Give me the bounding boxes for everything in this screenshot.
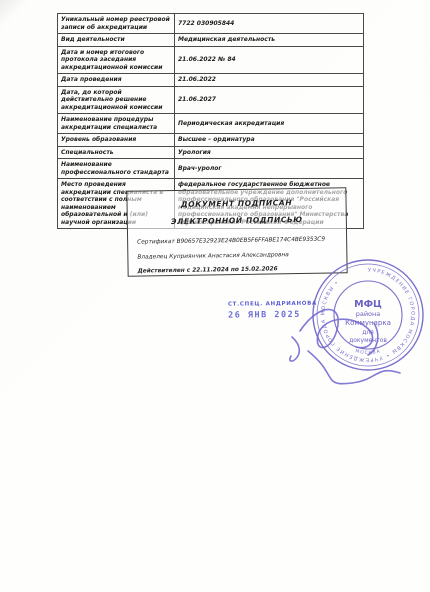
row-label: Уникальный номер реестровой записи об ак… bbox=[58, 14, 175, 34]
row-value: 21.06.2022 № 84 bbox=[175, 46, 364, 74]
row-label: Дата и номер итогового протокола заседан… bbox=[58, 46, 175, 74]
signature-title-line1: ДОКУМЕНТ ПОДПИСАН bbox=[127, 197, 345, 209]
row-label: Наименование профессионального стандарта bbox=[58, 159, 175, 179]
row-label: Специальность bbox=[58, 146, 175, 159]
clerk-stamp: СТ.СПЕЦ. АНДРИАНОВА 26 ЯНВ 2025 bbox=[228, 300, 348, 320]
row-value: Периодическая аккредитация bbox=[175, 114, 364, 134]
clerk-stamp-date: 26 ЯНВ 2025 bbox=[228, 309, 348, 320]
row-value: Урология bbox=[175, 146, 364, 159]
certificate-line: Сертификат B90657E32923E24B0EB5F6FFABE17… bbox=[137, 236, 340, 245]
table-row: Дата проведения 21.06.2022 bbox=[58, 74, 364, 87]
table-row: Уровень образования Высшее – ординатура bbox=[58, 134, 364, 147]
row-label: Уровень образования bbox=[58, 134, 175, 147]
row-label: Дата, до которой действительно решение а… bbox=[58, 86, 175, 114]
table-row: Дата, до которой действительно решение а… bbox=[58, 86, 364, 114]
table-row: Специальность Урология bbox=[58, 146, 364, 159]
signature-title-line2: ЭЛЕКТРОННОЙ ПОДПИСЬЮ bbox=[128, 214, 346, 226]
row-value: Врач-уролог bbox=[175, 159, 364, 179]
row-value: 21.06.2027 bbox=[175, 86, 364, 114]
table-row: Наименование профессионального стандарта… bbox=[58, 159, 364, 179]
row-value: 21.06.2022 bbox=[175, 74, 364, 87]
row-value: Медицинская деятельность bbox=[175, 34, 364, 47]
row-label: Вид деятельности bbox=[58, 34, 175, 47]
row-value: 7722 030905844 bbox=[175, 14, 364, 34]
table-row: Наименование процедуры аккредитации спец… bbox=[58, 114, 364, 134]
scanned-document-page: Уникальный номер реестровой записи об ак… bbox=[0, 0, 430, 592]
table-row: Дата и номер итогового протокола заседан… bbox=[58, 46, 364, 74]
table-row: Уникальный номер реестровой записи об ак… bbox=[58, 14, 364, 34]
clerk-stamp-title: СТ.СПЕЦ. АНДРИАНОВА bbox=[228, 300, 348, 307]
row-value: Высшее – ординатура bbox=[175, 134, 364, 147]
row-label: Наименование процедуры аккредитации спец… bbox=[58, 114, 175, 134]
table-row: Вид деятельности Медицинская деятельност… bbox=[58, 34, 364, 47]
row-label: Дата проведения bbox=[58, 74, 175, 87]
